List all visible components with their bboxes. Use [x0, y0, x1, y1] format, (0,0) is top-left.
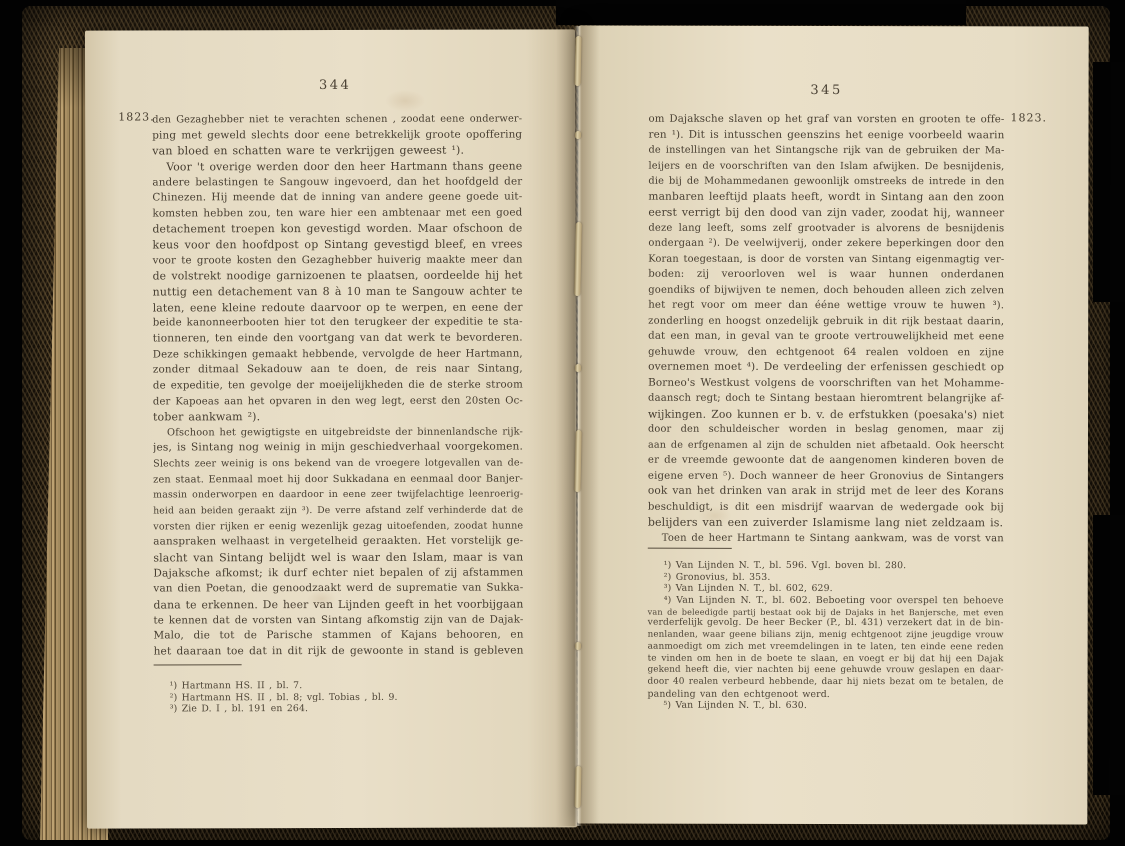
text-line: ⁵) Van Lijnden N. T., bl. 630. — [647, 700, 1003, 712]
text-line: ³) Van Lijnden N. T., bl. 602, 629. — [648, 583, 1004, 595]
text-line: leijers en de voorschriften van den Isla… — [648, 158, 1004, 174]
text-line: Koran toegestaan, is door de vorsten van… — [648, 251, 1004, 267]
text-line: ¹) Hartmann HS. II , bl. 7. — [154, 679, 524, 692]
text-line: ondergaan ²). De veelwijverij, onder zek… — [648, 236, 1004, 252]
text-line: den Gezaghebber niet te verachten schene… — [152, 111, 522, 128]
text-line: het regt voor om meer dan ééne wettige v… — [648, 298, 1004, 314]
margin-year-left: 1823. — [118, 110, 155, 123]
text-line: om Dajaksche slaven op het graf van vors… — [649, 112, 1005, 128]
text-line: manbaren leeftijd plaats heeft, wordt in… — [648, 189, 1004, 205]
body-text-right: om Dajaksche slaven op het graf van vors… — [648, 112, 1005, 547]
text-line: slacht van Sintang belijdt wel is waar d… — [153, 549, 523, 566]
text-line: te vinden om hen in de boete te slaan, e… — [648, 653, 1004, 665]
text-line: overnemen moet ⁴). De verdeeling der erf… — [648, 360, 1004, 376]
text-line: aanmoedigt om zich met vreemdelingen in … — [648, 641, 1004, 653]
text-line: dat een man, in geval van te groote vert… — [648, 329, 1004, 345]
text-line: andere belastingen te Sangouw ingevoerd,… — [152, 174, 522, 191]
text-line: zonder ditmaal Sekadouw aan te doen, de … — [153, 362, 523, 379]
text-line: te kennen dat de vorsten van Sintang afk… — [153, 612, 523, 629]
text-line: nuttig een detachement van 8 à 10 man te… — [153, 284, 523, 301]
text-line: nenlanden, waar geene bilians zijn, meni… — [648, 630, 1004, 642]
text-line: beide kanonneerbooten hier tot den terug… — [153, 315, 523, 332]
text-line: er de vreemde gewoonte dat de aangenomen… — [648, 453, 1004, 469]
text-line: ²) Hartmann HS. II , bl. 8; vgl. Tobias … — [154, 691, 524, 704]
text-line: aanspraken welhaast in vergetelheid gera… — [153, 534, 523, 551]
text-line: der Kapoeas aan het opvaren in den weg l… — [153, 393, 523, 410]
margin-year-right: 1823. — [1011, 111, 1048, 124]
footnote-rule-right — [648, 548, 732, 549]
text-line: Slechts zeer weinig is ons bekend van de… — [153, 456, 523, 473]
text-line: wijkingen. Zoo kunnen er b. v. de erfstu… — [648, 406, 1004, 422]
text-line: aan de erfgenamen al zijn de schulden ni… — [648, 437, 1004, 453]
text-line: voor te groote kosten den Gezaghebber hu… — [153, 252, 523, 269]
text-line: gehuwde vrouw, den echtgenoot 64 realen … — [648, 344, 1004, 360]
text-line: door 40 realen verbeurd hebbende, daar h… — [648, 677, 1004, 689]
text-line: zonderling en hoogst onzedelijk gebruik … — [648, 313, 1004, 329]
text-line: pandeling van den echtgenoot werd. — [648, 688, 1004, 700]
body-text-left: den Gezaghebber niet te verachten schene… — [152, 111, 523, 659]
text-line: goendiks of bijwijven te nemen, doch beh… — [648, 282, 1004, 298]
text-line: massin onderworpen en daardoor in eene z… — [153, 487, 523, 504]
text-line: Borneo's Westkust volgens de voorschrift… — [648, 375, 1004, 391]
text-line: boden: zij veroorloven wel is waar hunne… — [648, 267, 1004, 283]
right-edge-shadow-2 — [1093, 515, 1125, 795]
text-line: eigene erven ⁵). Doch wanneer de heer Gr… — [648, 468, 1004, 484]
text-line: eerst verrigt bij den dood van zijn vade… — [648, 205, 1004, 221]
gutter-top-shadow — [556, 0, 966, 25]
page-number-left: 344 — [150, 78, 520, 94]
text-line: dana te erkennen. De heer van Lijnden ge… — [153, 596, 523, 613]
text-line: heid aan beiden geraakt zijn ³). De verr… — [153, 503, 523, 520]
text-line: Malo, die tot de Parische stammen of Kaj… — [154, 628, 524, 645]
text-line: gekend heeft die, vier nachten bij eene … — [648, 665, 1004, 677]
text-line: Ofschoon het gewigtigste en uitgebreidst… — [153, 424, 523, 441]
page-left: 344 1823. den Gezaghebber niet te verach… — [85, 29, 577, 828]
text-line: Chinezen. Hij meende dat de inning van a… — [152, 190, 522, 207]
text-line: Toen de heer Hartmann te Sintang aankwam… — [648, 530, 1004, 546]
text-line: verderfelijk gevolg. De heer Becker (P.,… — [648, 618, 1004, 630]
right-edge-shadow — [1093, 62, 1125, 302]
text-line: detachement troepen kon gevestigd worden… — [152, 221, 522, 238]
text-line: tionneren, ten einde den voortgang van d… — [153, 330, 523, 347]
footnotes-right: ¹) Van Lijnden N. T., bl. 596. Vgl. bove… — [647, 560, 1003, 713]
foxing-stain — [385, 90, 425, 112]
text-line: Dajaksche afkomst; ik durf echter niet b… — [153, 565, 523, 582]
book-photo: 344 1823. den Gezaghebber niet te verach… — [0, 0, 1125, 846]
text-line: ping met geweld slechts door eene betrek… — [152, 127, 522, 144]
page-right: 345 1823. om Dajaksche slaven op het gra… — [577, 26, 1088, 825]
text-line: van dien Poetan, die genoodzaakt werd de… — [153, 581, 523, 598]
footnote-rule-left — [154, 664, 242, 665]
text-line: van de beleedigde partij bestaat ook bij… — [648, 606, 1004, 618]
text-line: komsten hebben zou, ten ware hier een am… — [152, 205, 522, 222]
text-line: belijders van een zuiverder Islamisme la… — [648, 515, 1004, 531]
text-line: de volstrekt noodige garnizoenen te plaa… — [153, 268, 523, 285]
text-line: jes, is Sintang nog weinig in mijn gesch… — [153, 440, 523, 457]
text-line: ren ¹). Dit is intusschen geenszins het … — [648, 127, 1004, 143]
text-line: laten, eene kleine redoute daarvoor op t… — [153, 299, 523, 316]
text-line: tober aankwam ²). — [153, 409, 523, 426]
text-line: keus voor den hoofdpost op Sintang geves… — [152, 237, 522, 254]
text-line: ¹) Van Lijnden N. T., bl. 596. Vgl. bove… — [648, 560, 1004, 572]
text-line: de expeditie, ten gevolge der moeijelijk… — [153, 377, 523, 394]
text-line: ²) Gronovius, bl. 353. — [648, 571, 1004, 583]
text-line: van bloed en schatten ware te verkrijgen… — [152, 143, 522, 160]
text-line: zen staat. Eenmaal moet hij door Sukkada… — [153, 471, 523, 488]
text-line: door den schuldeischer worden in beslag … — [648, 422, 1004, 438]
text-line: Voor 't overige werden door den heer Har… — [152, 158, 522, 175]
text-line: de instellingen van het Sintangsche rijk… — [648, 143, 1004, 159]
text-line: vorsten dier rijken er eenig wezenlijk g… — [153, 518, 523, 535]
page-number-right: 345 — [649, 83, 1005, 99]
text-line: Deze schikkingen gemaakt hebbende, vervo… — [153, 346, 523, 363]
footnotes-left: ¹) Hartmann HS. II , bl. 7.²) Hartmann H… — [154, 679, 524, 715]
text-line: deze lang leeft, soms zelf grootvader is… — [648, 220, 1004, 236]
text-line: beschuldigt, is dit een misdrijf waarvan… — [648, 499, 1004, 515]
text-line: het daaraan toe dat in dit rijk de gewoo… — [154, 643, 524, 660]
text-line: die bij de Mohammedanen gewoonlijk omstr… — [648, 174, 1004, 190]
text-line: daansch regt; doch te Sintang bestaan hi… — [648, 391, 1004, 407]
text-line: ³) Zie D. I , bl. 191 en 264. — [154, 703, 524, 716]
text-line: ⁴) Van Lijnden N. T., bl. 602. Beboeting… — [648, 595, 1004, 607]
text-line: ook van het drinken van arak in strijd m… — [648, 484, 1004, 500]
